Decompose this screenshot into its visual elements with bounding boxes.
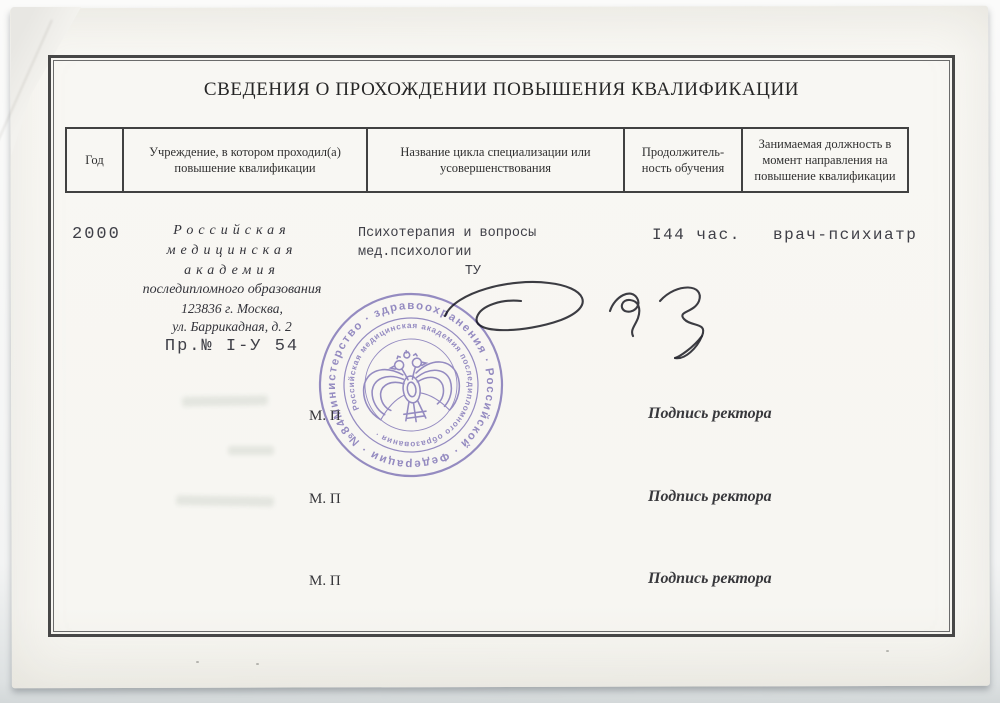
record-institution: Российская медицинская академия последип…: [122, 221, 342, 356]
official-seal-stamp: Министерство ∙ здравоохранения ∙ Российс…: [316, 290, 506, 480]
seal-place-mark: М. П: [309, 491, 341, 508]
rector-signature-caption: Подпись ректора: [648, 488, 772, 506]
institution-name-line: академия: [122, 261, 342, 281]
course-line: Психотерапия и вопросы: [358, 224, 588, 243]
record-order-number: Пр.№ I-У 54: [122, 337, 342, 356]
institution-name-line: Российская: [122, 221, 342, 241]
bleed-through-smudge: [176, 495, 274, 507]
record-duration: I44 час.: [652, 226, 741, 244]
col-header-course: Название цикла специализации или усоверш…: [367, 128, 624, 192]
institution-name-line: последипломного образования: [122, 281, 342, 300]
qualification-table-header: Год Учреждение, в котором проходил(а) по…: [65, 127, 909, 193]
col-header-position: Занимаемая должность в момент направлени…: [742, 128, 908, 192]
seal-place-mark: М. П: [309, 573, 341, 590]
bleed-through-smudge: [182, 395, 268, 406]
dust-speck: [886, 650, 889, 652]
institution-address-line: ул. Баррикадная, д. 2: [122, 318, 342, 336]
seal-place-mark: М. П: [309, 408, 341, 425]
dust-speck: [196, 661, 199, 663]
bleed-through-smudge: [228, 446, 274, 455]
rector-signature-caption: Подпись ректора: [648, 405, 772, 423]
scanned-certificate-page: СВЕДЕНИЯ О ПРОХОЖДЕНИИ ПОВЫШЕНИЯ КВАЛИФИ…: [0, 0, 1000, 703]
page-title: СВЕДЕНИЯ О ПРОХОЖДЕНИИ ПОВЫШЕНИЯ КВАЛИФИ…: [48, 79, 955, 101]
institution-name-line: медицинская: [122, 241, 342, 261]
record-position: врач-психиатр: [773, 226, 917, 244]
rector-signature-caption: Подпись ректора: [648, 570, 772, 588]
record-year: 2000: [72, 225, 121, 244]
col-header-year: Год: [66, 128, 123, 192]
col-header-duration: Продолжитель-ность обучения: [624, 128, 742, 192]
col-header-institution: Учреждение, в котором проходил(а) повыше…: [123, 128, 367, 192]
institution-address-line: 123836 г. Москва,: [122, 300, 342, 318]
dust-speck: [256, 663, 259, 665]
